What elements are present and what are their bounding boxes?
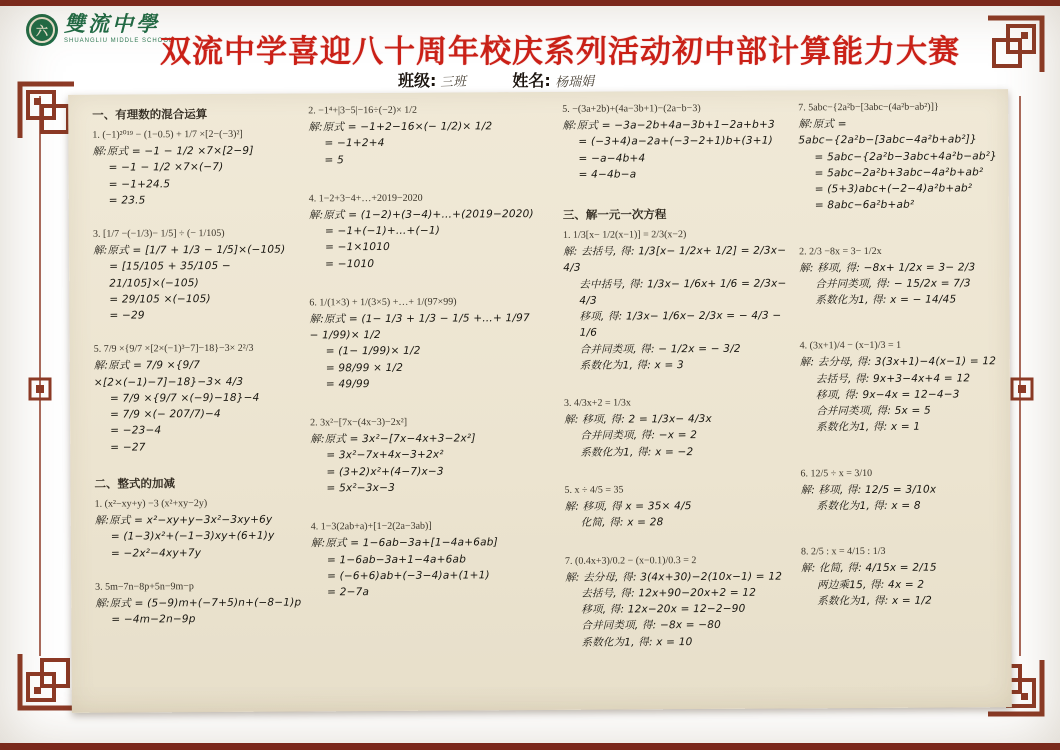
handwritten-solution-line: = −4m−2n−9p <box>95 610 309 628</box>
problem-statement: 3. 5m−7n−8p+5n−9m−p <box>95 580 309 592</box>
problem-statement: 6. 1/(1×3) + 1/(3×5) +…+ 1/(97×99) <box>309 296 539 308</box>
worksheet-column-1: 一、有理数的混合运算1. (−1)²⁰¹⁹ − (1−0.5) + 1/7 ×[… <box>92 105 309 648</box>
math-problem: 4. 1−2+3−4+…+2019−2020解:原式 = (1−2)+(3−4)… <box>309 192 539 272</box>
handwritten-solution-line: = −2x²−4xy+7y <box>95 544 309 562</box>
problem-statement: 5. x ÷ 4/5 = 35 <box>565 483 795 495</box>
handwritten-solution-line: 解:原式 = (1−2)+(3−4)+…+(2019−2020) <box>309 206 539 224</box>
handwritten-solution-line: 移项, 得: 1/3x− 1/6x− 2/3x = − 4/3 − 1/6 <box>563 308 793 342</box>
top-edge-strip <box>0 0 1060 6</box>
handwritten-solution-line: = −1010 <box>309 255 539 273</box>
handwritten-solution-line: = −1 − 1/2 ×7×(−7) <box>93 159 307 177</box>
math-problem: 1. (x²−xy+y) −3 (x²+xy−2y)解:原式 = x²−xy+y… <box>95 497 309 561</box>
problem-statement: 1. (x²−xy+y) −3 (x²+xy−2y) <box>95 497 309 509</box>
math-problem: 4. (3x+1)/4 − (x−1)/3 = 1解: 去分母, 得: 3(3x… <box>800 340 1001 437</box>
handwritten-solution-line: 解:原式 = (1− 1/3 + 1/3 − 1/5 +…+ 1/97 − 1/… <box>309 310 539 344</box>
math-problem: 3. 4/3x+2 = 1/3x解: 移项, 得: 2 = 1/3x− 4/3x… <box>564 397 794 461</box>
handwritten-solution-line: 解: 去分母, 得: 3(3x+1)−4(x−1) = 12 <box>800 354 1000 371</box>
handwritten-solution-line: = 8abc−6a²b+ab² <box>799 197 999 214</box>
student-id-row: 班级: 三班 姓名: 杨瑞娟 <box>398 68 594 91</box>
handwritten-solution-line: = (1− 1/99)× 1/2 <box>310 342 540 360</box>
edge-ornament-icon <box>1009 376 1035 402</box>
handwritten-solution-line: 合并同类项, 得: −8x = −80 <box>565 617 795 635</box>
handwritten-solution-line: = 98/99 × 1/2 <box>310 359 540 377</box>
handwritten-solution-line: = (−6+6)ab+(−3−4)a+(1+1) <box>311 567 541 585</box>
section-heading: 二、整式的加减 <box>94 474 308 491</box>
handwritten-solution-line: 解: 去分母, 得: 3(4x+30)−2(10x−1) = 12 <box>565 568 795 586</box>
handwritten-solution-line: 系数化为1, 得: x = −2 <box>564 443 794 461</box>
math-problem: 6. 12/5 ÷ x = 3/10解: 移项, 得: 12/5 = 3/10x… <box>800 467 1000 515</box>
problem-statement: 8. 2/5 : x = 4/15 : 1/3 <box>801 545 1001 557</box>
math-problem: 1. 1/3[x− 1/2(x−1)] = 2/3(x−2)解: 去括号, 得:… <box>563 229 794 375</box>
math-problem: 2. 3x²−[7x−(4x−3)−2x²]解:原式 = 3x²−[7x−4x+… <box>310 416 540 496</box>
worksheet-column-3: 5. −(3a+2b)+(4a−3b+1)−(2a−b−3)解:原式 = −3a… <box>562 102 795 674</box>
math-problem: 3. [1/7 −(−1/3)− 1/5] ÷ (− 1/105)解:原式 = … <box>93 227 308 324</box>
math-problem: 6. 1/(1×3) + 1/(3×5) +…+ 1/(97×99)解:原式 =… <box>309 296 540 393</box>
handwritten-solution-line: = 7/9 ×{9/7 ×(−9)−18}−4 <box>94 389 308 407</box>
problem-statement: 2. −1⁴+|3−5|−16÷(−2)× 1/2 <box>308 104 538 116</box>
problem-statement: 5. 7/9 ×{9/7 ×[2×(−1)³−7]−18}−3× 2²/3 <box>94 343 308 355</box>
handwritten-solution-line: = 5abc−{2a²b−3abc+4a²b−ab²} <box>798 148 998 165</box>
problem-statement: 7. (0.4x+3)/0.2 − (x−0.1)/0.3 = 2 <box>565 554 795 566</box>
handwritten-solution-line: = (3+2)x²+(4−7)x−3 <box>310 463 540 481</box>
handwritten-solution-line: 解: 移项, 得 x = 35× 4/5 <box>565 497 795 515</box>
handwritten-solution-line: 解:原式 = −1 − 1/2 ×7×[2−9] <box>92 142 306 160</box>
section-heading: 一、有理数的混合运算 <box>92 105 306 122</box>
problem-statement: 5. −(3a+2b)+(4a−3b+1)−(2a−b−3) <box>562 102 792 114</box>
handwritten-solution-line: 解:原式 = (5−9)m+(−7+5)n+(−8−1)p <box>95 594 309 612</box>
name-handwritten-value: 杨瑞娟 <box>555 70 595 90</box>
handwritten-solution-line: 解:原式 = 1−6ab−3a+[1−4a+6ab] <box>311 534 541 552</box>
problem-statement: 7. 5abc−{2a²b−[3abc−(4a²b−ab²)]} <box>798 101 998 113</box>
handwritten-solution-line: 解: 移项, 得: 2 = 1/3x− 4/3x <box>564 411 794 429</box>
math-problem: 3. 5m−7n−8p+5n−9m−p解:原式 = (5−9)m+(−7+5)n… <box>95 580 309 628</box>
section-heading: 三、解一元一次方程 <box>563 206 793 223</box>
handwritten-solution-line: = [15/105 + 35/105 − 21/105]×(−105) <box>93 258 307 292</box>
handwritten-solution-line: 解: 去括号, 得: 1/3[x− 1/2x+ 1/2] = 2/3x− 4/3 <box>563 243 793 277</box>
handwritten-solution-line: = 5x²−3x−3 <box>310 479 540 497</box>
problem-statement: 2. 3x²−[7x−(4x−3)−2x²] <box>310 416 540 428</box>
handwritten-solution-line: = (5+3)abc+(−2−4)a²b+ab² <box>799 180 999 197</box>
edge-ornament-icon <box>27 376 53 402</box>
math-problem: 7. 5abc−{2a²b−[3abc−(4a²b−ab²)]}解:原式 = 5… <box>798 101 999 214</box>
handwritten-solution-line: 系数化为1, 得: x = 1 <box>800 419 1000 436</box>
handwritten-solution-line: = −1×1010 <box>309 238 539 256</box>
handwritten-solution-line: = −1+(−1)+…+(−1) <box>309 222 539 240</box>
worksheet-column-2: 2. −1⁴+|3−5|−16÷(−2)× 1/2解:原式 = −1+2−16×… <box>308 104 541 626</box>
handwritten-solution-line: = 5 <box>308 151 538 169</box>
handwritten-solution-line: 解:原式 = −1+2−16×(− 1/2)× 1/2 <box>308 118 538 136</box>
problem-statement: 6. 12/5 ÷ x = 3/10 <box>800 467 1000 479</box>
handwritten-solution-line: 系数化为1, 得: x = 8 <box>801 497 1001 514</box>
bottom-edge-strip <box>0 743 1060 750</box>
handwritten-solution-line: 去中括号, 得: 1/3x− 1/6x+ 1/6 = 2/3x− 4/3 <box>563 275 793 309</box>
handwritten-solution-line: = 1−6ab−3a+1−4a+6ab <box>311 551 541 569</box>
handwritten-solution-line: = (−3+4)a−2a+(−3−2+1)b+(3+1) <box>562 133 792 151</box>
math-problem: 5. x ÷ 4/5 = 35解: 移项, 得 x = 35× 4/5化简, 得… <box>565 483 795 531</box>
problem-statement: 3. 4/3x+2 = 1/3x <box>564 397 794 409</box>
name-field: 姓名: 杨瑞娟 <box>512 68 593 91</box>
handwritten-solution-line: 系数化为1, 得: x = 10 <box>565 633 795 651</box>
problem-statement: 4. 1−2+3−4+…+2019−2020 <box>309 192 539 204</box>
handwritten-solution-line: = −29 <box>93 307 307 325</box>
handwritten-solution-line: = −23−4 <box>94 422 308 440</box>
problem-statement: 1. (−1)²⁰¹⁹ − (1−0.5) + 1/7 ×[2−(−3)²] <box>92 128 306 140</box>
handwritten-solution-line: = −27 <box>94 438 308 456</box>
handwritten-solution-line: 移项, 得: 12x−20x = 12−2−90 <box>565 600 795 618</box>
problem-statement: 4. 1−3(2ab+a)+[1−2(2a−3ab)] <box>311 520 541 532</box>
handwritten-solution-line: 解: 移项, 得: 12/5 = 3/10x <box>801 481 1001 498</box>
handwritten-solution-line: 合并同类项, 得: −x = 2 <box>564 427 794 445</box>
handwritten-solution-line: = 7/9 ×(− 207/7)−4 <box>94 406 308 424</box>
handwritten-solution-line: = 2−7a <box>311 583 541 601</box>
handwritten-solution-line: 合并同类项, 得: − 1/2x = − 3/2 <box>564 340 794 358</box>
handwritten-solution-line: 系数化为1, 得: x = 1/2 <box>801 592 1001 609</box>
handwritten-solution-line: = 3x²−7x+4x−3+2x² <box>310 446 540 464</box>
handwritten-solution-line: 解:原式 = −3a−2b+4a−3b+1−2a+b+3 <box>562 116 792 134</box>
math-problem: 1. (−1)²⁰¹⁹ − (1−0.5) + 1/7 ×[2−(−3)²]解:… <box>92 128 306 208</box>
handwritten-solution-line: 移项, 得: 9x−4x = 12−4−3 <box>800 386 1000 403</box>
handwritten-solution-line: 解:原式 = 3x²−[7x−4x+3−2x²] <box>310 430 540 448</box>
worksheet-sheet: 一、有理数的混合运算1. (−1)²⁰¹⁹ − (1−0.5) + 1/7 ×[… <box>68 89 1012 713</box>
math-problem: 8. 2/5 : x = 4/15 : 1/3解: 化简, 得: 4/15x =… <box>801 545 1001 609</box>
handwritten-solution-line: 解: 化简, 得: 4/15x = 2/15 <box>801 559 1001 576</box>
name-label: 姓名: <box>512 68 550 91</box>
school-emblem-icon <box>26 14 58 46</box>
worksheet-column-4: 7. 5abc−{2a²b−[3abc−(4a²b−ab²)]}解:原式 = 5… <box>798 101 1001 641</box>
handwritten-solution-line: = −1+2+4 <box>308 134 538 152</box>
handwritten-solution-line: = 5abc−2a²b+3abc−4a²b+ab² <box>799 164 999 181</box>
math-problem: 4. 1−3(2ab+a)+[1−2(2a−3ab)]解:原式 = 1−6ab−… <box>311 520 541 600</box>
handwritten-solution-line: 两边乘15, 得: 4x = 2 <box>801 576 1001 593</box>
handwritten-solution-line: = 49/99 <box>310 375 540 393</box>
handwritten-solution-line: = −1+24.5 <box>93 175 307 193</box>
math-problem: 2. −1⁴+|3−5|−16÷(−2)× 1/2解:原式 = −1+2−16×… <box>308 104 538 168</box>
math-problem: 5. −(3a+2b)+(4a−3b+1)−(2a−b−3)解:原式 = −3a… <box>562 102 792 182</box>
handwritten-solution-line: 解: 移项, 得: −8x+ 1/2x = 3− 2/3 <box>799 259 999 276</box>
handwritten-solution-line: = −a−4b+4 <box>562 149 792 167</box>
handwritten-solution-line: 解:原式 = [1/7 + 1/3 − 1/5]×(−105) <box>93 241 307 259</box>
class-handwritten-value: 三班 <box>440 71 467 91</box>
handwritten-solution-line: 解:原式 = 5abc−{2a²b−[3abc−4a²b+ab²]} <box>798 115 998 149</box>
handwritten-solution-line: 化简, 得: x = 28 <box>565 514 795 532</box>
handwritten-solution-line: 合并同类项, 得: 5x = 5 <box>800 402 1000 419</box>
class-label: 班级: <box>398 68 436 91</box>
handwritten-solution-line: = (1−3)x²+(−1−3)xy+(6+1)y <box>95 528 309 546</box>
math-problem: 7. (0.4x+3)/0.2 − (x−0.1)/0.3 = 2解: 去分母,… <box>565 554 796 651</box>
handwritten-solution-line: 合并同类项, 得: − 15/2x = 7/3 <box>799 275 999 292</box>
handwritten-solution-line: = 29/105 ×(−105) <box>93 290 307 308</box>
handwritten-solution-line: = 23.5 <box>93 191 307 209</box>
problem-statement: 1. 1/3[x− 1/2(x−1)] = 2/3(x−2) <box>563 229 793 241</box>
handwritten-solution-line: 去括号, 得: 12x+90−20x+2 = 12 <box>565 584 795 602</box>
handwritten-solution-line: 解:原式 = x²−xy+y−3x²−3xy+6y <box>95 511 309 529</box>
math-problem: 2. 2/3 −8x = 3− 1/2x解: 移项, 得: −8x+ 1/2x … <box>799 245 999 309</box>
handwritten-solution-line: 去括号, 得: 9x+3−4x+4 = 12 <box>800 370 1000 387</box>
handwritten-solution-line: 系数化为1, 得: x = − 14/45 <box>799 291 999 308</box>
handwritten-solution-line: 系数化为1, 得: x = 3 <box>564 356 794 374</box>
scanned-exam-page: 雙流中學 SHUANGLIU MIDDLE SCHOOL 双流中学喜迎八十周年校… <box>0 0 1060 750</box>
corner-ornament-icon <box>14 648 80 714</box>
math-problem: 5. 7/9 ×{9/7 ×[2×(−1)³−7]−18}−3× 2²/3解:原… <box>94 343 309 456</box>
handwritten-solution-line: 解:原式 = 7/9 ×{9/7 ×[2×(−1)−7]−18}−3× 4/3 <box>94 357 308 391</box>
problem-statement: 3. [1/7 −(−1/3)− 1/5] ÷ (− 1/105) <box>93 227 307 239</box>
problem-statement: 2. 2/3 −8x = 3− 1/2x <box>799 245 999 257</box>
handwritten-solution-line: = 4−4b−a <box>563 165 793 183</box>
problem-statement: 4. (3x+1)/4 − (x−1)/3 = 1 <box>800 340 1000 352</box>
class-field: 班级: 三班 <box>398 68 466 91</box>
page-title: 双流中学喜迎八十周年校庆系列活动初中部计算能力大赛 <box>105 26 1015 71</box>
